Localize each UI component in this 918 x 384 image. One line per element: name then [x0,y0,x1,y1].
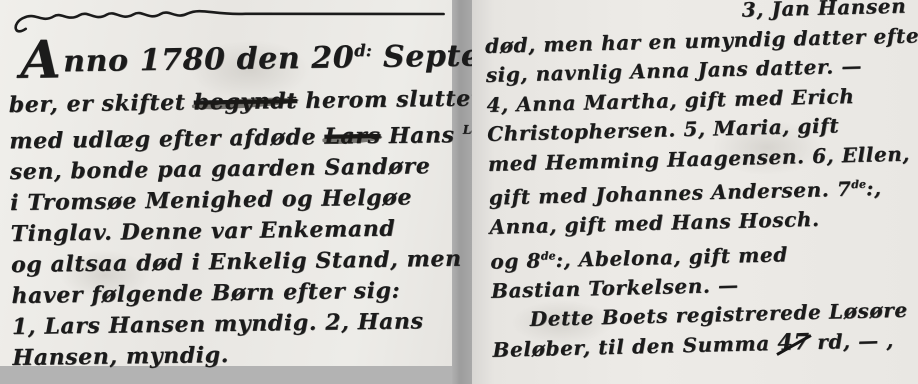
line-text: Beløber, til den Summa [492,331,777,362]
sum-figure: 47 [777,329,810,356]
superscript: de [851,178,866,191]
line-text: haver følgende Børn efter sig: [11,278,400,309]
manuscript-line: med udlæg efter afdøde Lars Hans Lar- [9,115,449,157]
line-text: rd, — , [809,328,894,354]
line-text: Tinglav. Denne var Enkemand [10,216,395,247]
line-text: 3, Jan Hansen [741,0,906,22]
line-text: og 8 [490,248,541,273]
line-text: i Tromsøe Menighed og Helgøe [10,185,412,217]
initial-capital: A [20,29,64,91]
line-text: herom sluttet [297,85,482,114]
left-page-text: Anno 1780 den 20d: Septem: ber, er skift… [7,1,452,374]
manuscript-scan: Anno 1780 den 20d: Septem: ber, er skift… [0,0,918,384]
left-page: Anno 1780 den 20d: Septem: ber, er skift… [0,0,452,366]
entry-heading: Anno 1780 den 20d: Septem: [8,23,449,90]
line-text: 1, Lars Hansen myndig. 2, Hans [12,309,424,341]
line-text: Bastian Torkelsen. — [491,273,739,303]
struck-word: Lars [324,123,380,150]
line-text: sen, bonde paa gaarden Sandøre [10,154,431,186]
struck-word: begyndt [194,88,298,115]
line-text: Hans [380,122,463,149]
superscript: de [541,249,556,262]
line-text: Christophersen. 5, Maria, gift [487,113,840,146]
line-text: Hansen, myndig. [12,342,229,371]
line-text: og altsaa død i Enkelig Stand, men [11,246,462,278]
heading-text: nno 1780 den 20 [63,40,355,79]
line-text: Anna, gift med Hans Hosch. [489,207,820,239]
line-text: med udlæg efter afdøde [9,124,324,154]
line-text: :, [866,176,882,200]
manuscript-line: 1, Lars Hansen myndig. 2, Hans [12,306,452,343]
manuscript-line: Hansen, myndig. [12,337,452,374]
right-page-text: 3, Jan Hansen død, men har en umyndig da… [484,0,918,365]
line-text: :, Abelona, gift med [555,242,788,272]
line-text: sig, navnlig Anna Jans datter. — [485,54,862,87]
superscript: d: [354,41,372,60]
line-text: ber, er skiftet [9,89,194,118]
right-page: 3, Jan Hansen død, men har en umyndig da… [472,0,918,384]
